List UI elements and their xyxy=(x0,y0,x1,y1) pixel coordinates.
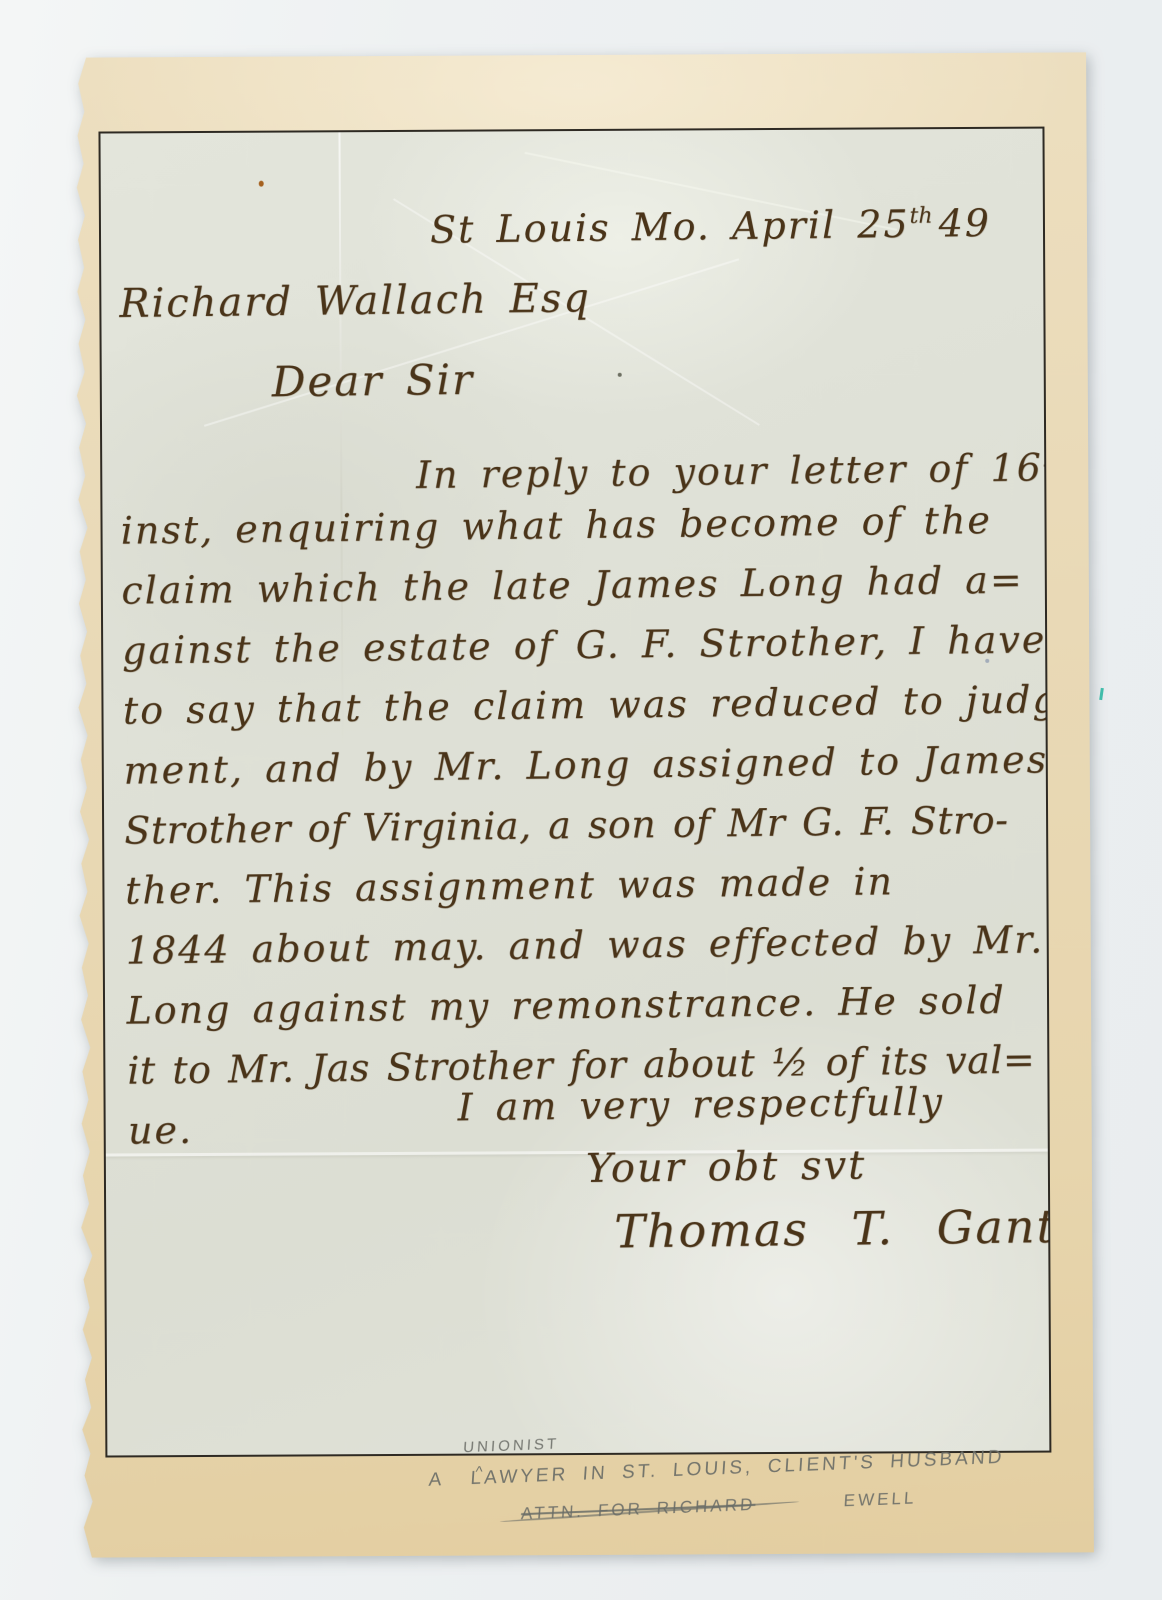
pencil-name: EWELL xyxy=(843,1488,917,1510)
body-line: In reply to your letter of 16h xyxy=(120,429,1050,500)
salutation: Dear Sir xyxy=(271,355,474,406)
scanner-artifact-mark xyxy=(1099,688,1104,700)
letter-photograph: St Louis Mo. April 25th49 Richard Wallac… xyxy=(100,129,1049,1456)
recipient-line: Richard Wallach Esq xyxy=(119,275,591,327)
body-line: gainst the estate of G. F. Strother, I h… xyxy=(122,609,1050,680)
ink-speck xyxy=(259,181,264,187)
dateline-year: 49 xyxy=(938,201,991,246)
body-line: inst, enquiring what has become of the xyxy=(120,489,1049,560)
closing-line: Your obt svt xyxy=(586,1143,867,1192)
signature: Thomas T. Gantt xyxy=(614,1199,1049,1259)
ink-speck xyxy=(618,373,622,377)
body-line: 1844 about may. and was effected by Mr. xyxy=(125,909,1049,980)
body-line: claim which the late James Long had a= xyxy=(121,549,1049,620)
body-line: to say that the claim was reduced to jud… xyxy=(123,669,1050,740)
mount-shadow: St Louis Mo. April 25th49 Richard Wallac… xyxy=(72,52,1094,1557)
body-line: Long against my remonstrance. He sold xyxy=(126,969,1049,1040)
letter-mount: St Louis Mo. April 25th49 Richard Wallac… xyxy=(72,52,1094,1557)
letter-body: In reply to your letter of 16h inst, enq… xyxy=(120,429,1050,1160)
dateline-ordinal: th xyxy=(909,204,932,229)
struck-text: ATTN. FOR RICHARD xyxy=(521,1495,757,1523)
scanned-letter-page: St Louis Mo. April 25th49 Richard Wallac… xyxy=(0,0,1162,1600)
body-line: ther. This assignment was made in xyxy=(125,849,1050,920)
dateline-place: St Louis Mo. April 25 xyxy=(430,202,910,252)
ordinal-sup: h xyxy=(1043,447,1050,471)
closing-line: I am very respectfully xyxy=(457,1079,944,1129)
ruled-border: St Louis Mo. April 25th49 Richard Wallac… xyxy=(98,127,1051,1458)
body-line: Strother of Virginia, a son of Mr G. F. … xyxy=(124,789,1049,860)
body-line: ment, and by Mr. Long assigned to James xyxy=(123,729,1049,800)
dateline: St Louis Mo. April 25th49 xyxy=(430,201,992,252)
